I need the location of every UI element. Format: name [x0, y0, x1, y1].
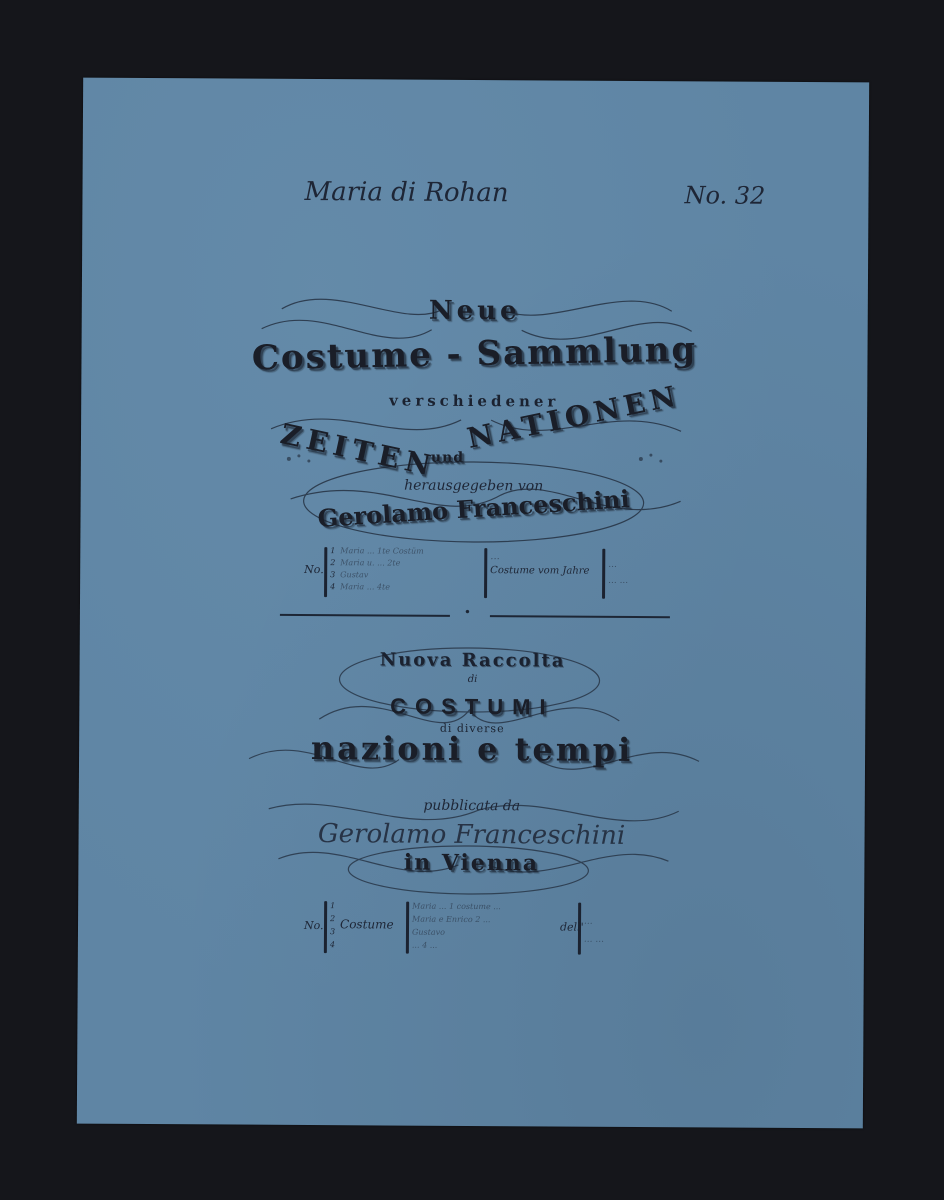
entry-numbers: 1 2 3 4: [330, 545, 335, 593]
handwritten-number: No. 32: [684, 181, 765, 209]
italian-entry: No. 1 2 3 4 Costume Maria ... 1 costume …: [304, 899, 724, 962]
entry-no-label: No.: [304, 563, 324, 576]
brace-1: [324, 547, 327, 597]
entry-col2: ... Costume vom Jahre: [490, 550, 589, 579]
entry-number: 4: [330, 581, 335, 593]
entry-number: 3: [330, 925, 335, 938]
title-zeiten: ZEITEN: [278, 417, 440, 483]
entry-line: Maria u. ... 2te: [340, 557, 470, 570]
divider-right: [490, 615, 670, 618]
entry-line: ...: [608, 557, 628, 573]
entry-line: ...: [490, 550, 589, 565]
title-gerolamo-franceschini-script: Gerolamo Franceschini: [78, 818, 864, 853]
entry-number: 2: [330, 557, 335, 569]
brace-3: [602, 549, 605, 599]
entry-number: 1: [330, 899, 335, 912]
brace-3: [578, 903, 581, 955]
entry-line: Gustav: [340, 569, 470, 582]
title-und: und: [431, 450, 464, 466]
entry-costume-label: Costume: [340, 917, 394, 931]
title-nazioni-e-tempi: nazioni e tempi: [79, 728, 865, 771]
entry-line: Maria ... 1 costume ...: [412, 900, 562, 914]
entry-line: ... 4 ...: [412, 939, 562, 953]
entry-number: 2: [330, 912, 335, 925]
entry-number: 1: [330, 545, 335, 557]
entry-col1: Maria ... 1te Costüm Maria u. ... 2te Gu…: [340, 545, 470, 594]
paper-sheet: Maria di Rohan No. 32 Neue Costume - Sam…: [77, 78, 869, 1129]
title-in-vienna: in Vienna: [78, 848, 864, 879]
entry-line: Gustavo: [412, 926, 562, 940]
entry-line: Maria ... 4te: [340, 581, 470, 594]
entry-col3: ... ... ...: [608, 557, 628, 589]
entry-line: ...: [584, 913, 604, 931]
entry-line: Maria e Enrico 2 ...: [412, 913, 562, 927]
entry-line: ... ...: [584, 931, 604, 949]
brace-2: [484, 548, 487, 598]
entry-numbers: 1 2 3 4: [330, 899, 335, 951]
entry-line: Maria ... 1te Costüm: [340, 545, 470, 558]
divider-ornament: •: [464, 605, 471, 619]
entry-no-label: No.: [304, 919, 324, 932]
brace-2: [406, 902, 409, 954]
entry-col1: Maria ... 1 costume ... Maria e Enrico 2…: [412, 900, 562, 953]
entry-number: 3: [330, 569, 335, 581]
entry-col3: ... ... ...: [584, 913, 604, 949]
title-neue: Neue: [82, 294, 868, 329]
german-entry: No. 1 2 3 4 Maria ... 1te Costüm Maria u…: [304, 545, 724, 604]
entry-number: 4: [330, 938, 335, 951]
title-costumi: COSTUMI: [79, 692, 865, 723]
title-zeiten-und-nationen: ZEITEN und NATIONEN: [281, 409, 701, 482]
entry-line: Costume vom Jahre: [490, 564, 589, 579]
brace-1: [324, 901, 327, 953]
entry-line: ... ...: [608, 573, 628, 589]
divider-left: [280, 614, 450, 617]
handwritten-title: Maria di Rohan: [304, 177, 508, 208]
